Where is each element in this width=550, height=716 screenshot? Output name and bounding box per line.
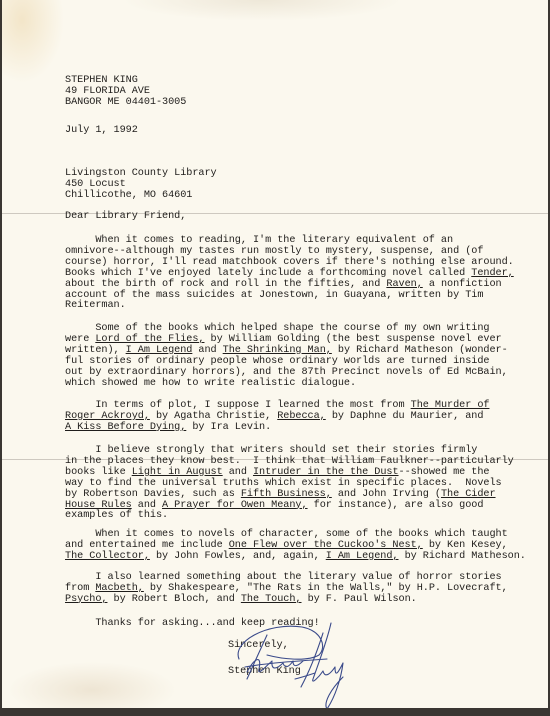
text-segment: by William Golding (the best suspense no… — [204, 334, 501, 345]
text-segment: account of the mass suicides at Jonestow… — [65, 290, 483, 301]
book-title: House Rules — [65, 500, 132, 511]
text-segment: by F. Paul Wilson. — [302, 594, 417, 605]
book-title: Lord of the Flies, — [95, 334, 204, 345]
text-segment: Reiterman. — [65, 300, 126, 311]
text-segment: by Ira Levin. — [186, 422, 271, 433]
text-segment: and John Irving ( — [332, 489, 441, 500]
text-segment: omnivore--although my tastes run mostly … — [65, 246, 483, 257]
book-title: A Prayer for Owen Meany, — [162, 500, 308, 511]
text-segment: were — [65, 334, 95, 345]
body-paragraph: I also learned something about the liter… — [65, 573, 508, 606]
book-title: Light in August — [132, 467, 223, 478]
text-segment: in the places they know best. I think th… — [65, 456, 514, 467]
book-title: The Shrinking Man, — [223, 345, 332, 356]
text-segment: way to find the universal truths which e… — [65, 478, 502, 489]
book-title: Psycho, — [65, 594, 107, 605]
text-segment: I also learned something about the liter… — [65, 572, 502, 583]
text-segment: by Shakespeare, "The Rats in the Walls,"… — [144, 583, 508, 594]
text-line: A Kiss Before Dying, by Ira Levin. — [65, 423, 489, 434]
book-title: Roger Ackroyd, — [65, 411, 150, 422]
book-title: Rebecca, — [277, 411, 326, 422]
text-segment: and entertained me include — [65, 540, 229, 551]
book-title: The Touch, — [241, 594, 302, 605]
text-segment: In terms of plot, I suppose I learned th… — [65, 400, 411, 411]
text-segment: ful stories of ordinary people whose ord… — [65, 356, 489, 367]
text-segment: from — [65, 583, 95, 594]
body-paragraph: Some of the books which helped shape the… — [65, 324, 508, 389]
text-segment: --showed me the — [399, 467, 490, 478]
book-title: The Collector, — [65, 551, 150, 562]
book-title: I Am Legend — [126, 345, 193, 356]
text-line: The Collector, by John Fowles, and, agai… — [65, 552, 526, 563]
text-segment: out by extraordinary horrors), and the 8… — [65, 367, 508, 378]
text-segment: course) horror, I'll read matchbook cove… — [65, 257, 514, 268]
letter-date: July 1, 1992 — [65, 126, 138, 137]
text-line: which showed me how to write realistic d… — [65, 379, 508, 390]
body-paragraph: I believe strongly that writers should s… — [65, 446, 514, 522]
book-title: Raven, — [386, 279, 422, 290]
text-line: examples of this. — [65, 511, 514, 522]
text-segment: by John Fowles, and, again, — [150, 551, 326, 562]
text-segment: Some of the books which helped shape the… — [65, 323, 489, 334]
book-title: Fifth Business, — [241, 489, 332, 500]
text-segment: and — [223, 467, 253, 478]
body-paragraph: When it comes to novels of character, so… — [65, 530, 526, 563]
text-segment: by Daphne du Maurier, and — [326, 411, 484, 422]
salutation: Dear Library Friend, — [65, 212, 186, 223]
text-line: account of the mass suicides at Jonestow… — [65, 291, 514, 302]
sender-address: STEPHEN KING49 FLORIDA AVEBANGOR ME 0440… — [65, 76, 186, 109]
text-segment: about the birth of rock and roll in the … — [65, 279, 386, 290]
recipient-address: Livingston County Library450 LocustChill… — [65, 169, 217, 202]
text-segment: for instance), are also good — [308, 500, 484, 511]
text-segment: a nonfiction — [423, 279, 502, 290]
signature-icon — [227, 617, 357, 708]
text-segment: by Ken Kesey, — [423, 540, 508, 551]
body-paragraph: In terms of plot, I suppose I learned th… — [65, 401, 489, 434]
sender-city: BANGOR ME 04401-3005 — [65, 98, 186, 109]
text-segment: by Richard Matheson (wonder- — [332, 345, 508, 356]
text-segment: and — [192, 345, 222, 356]
text-segment: by Agatha Christie, — [150, 411, 277, 422]
text-segment: by Robertson Davies, such as — [65, 489, 241, 500]
letter-page: STEPHEN KING49 FLORIDA AVEBANGOR ME 0440… — [2, 0, 548, 708]
text-segment: Books which I've enjoyed lately include … — [65, 268, 471, 279]
text-segment: When it comes to reading, I'm the litera… — [65, 235, 453, 246]
book-title: The Murder of — [411, 400, 490, 411]
book-title: Macbeth, — [95, 583, 144, 594]
text-segment: When it comes to novels of character, so… — [65, 529, 508, 540]
book-title: I Am Legend, — [326, 551, 399, 562]
text-segment: books like — [65, 467, 132, 478]
book-title: The Cider — [441, 489, 496, 500]
text-segment: written), — [65, 345, 126, 356]
text-line: Psycho, by Robert Bloch, and The Touch, … — [65, 595, 508, 606]
text-line: Reiterman. — [65, 301, 514, 312]
book-title: Tender, — [471, 268, 513, 279]
book-title: One Flew over the Cuckoo's Nest, — [229, 540, 423, 551]
text-segment: I believe strongly that writers should s… — [65, 445, 477, 456]
recipient-city: Chillicothe, MO 64601 — [65, 191, 217, 202]
text-segment: which showed me how to write realistic d… — [65, 378, 356, 389]
text-segment: examples of this. — [65, 510, 168, 521]
text-segment: by Richard Matheson. — [399, 551, 526, 562]
book-title: A Kiss Before Dying, — [65, 422, 186, 433]
body-paragraph: When it comes to reading, I'm the litera… — [65, 236, 514, 312]
book-title: Intruder in the the Dust — [253, 467, 399, 478]
text-segment: by Robert Bloch, and — [107, 594, 240, 605]
text-segment: and — [132, 500, 162, 511]
